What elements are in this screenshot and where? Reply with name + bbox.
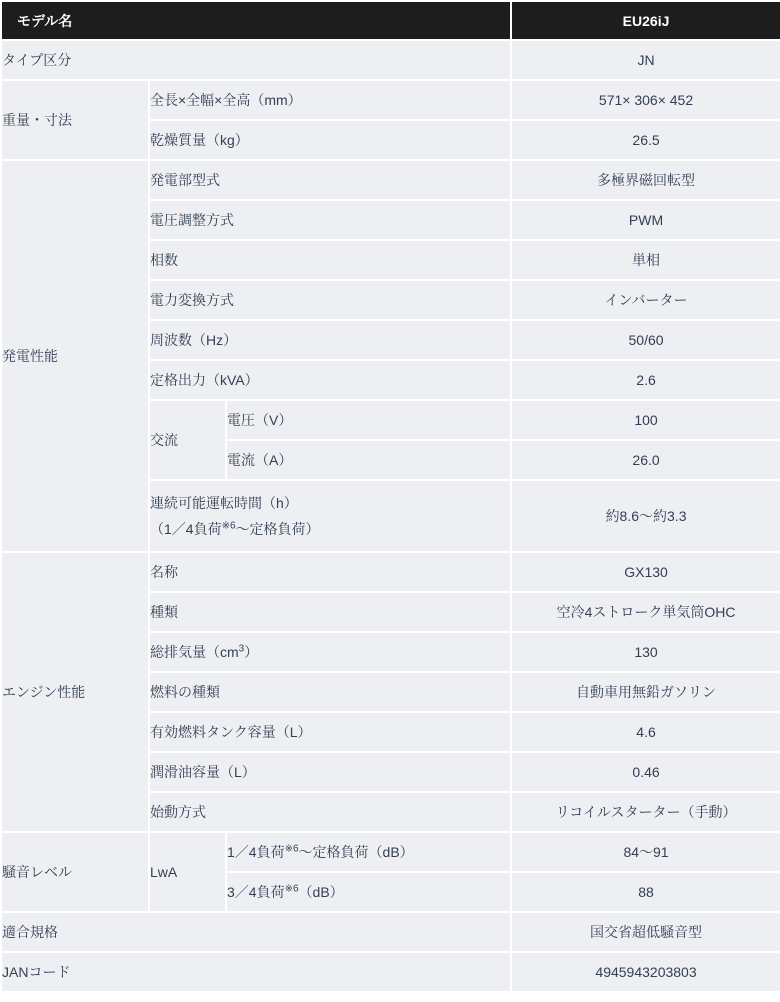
type-class-label: タイプ区分 bbox=[1, 40, 511, 80]
alternator-type-label: 発電部型式 bbox=[149, 160, 511, 200]
row-type-class: タイプ区分 JN bbox=[1, 40, 780, 80]
continuous-runtime-label: 連続可能運転時間（h） （1／4負荷※6～定格負荷） bbox=[149, 480, 511, 552]
model-value-header: EU26iJ bbox=[511, 1, 780, 40]
ac-current-label: 電流（A） bbox=[226, 440, 511, 480]
dimensions-value: 571× 306× 452 bbox=[511, 80, 780, 120]
model-name-header: モデル名 bbox=[1, 1, 511, 40]
noise-quarter-value: 84～91 bbox=[511, 832, 780, 872]
engine-group-cell: エンジン性能 bbox=[1, 552, 149, 832]
row-noise-quarter: 騒音レベル LwA 1／4負荷※6～定格負荷（dB） 84～91 bbox=[1, 832, 780, 872]
rated-output-value: 2.6 bbox=[511, 360, 780, 400]
row-dimensions: 重量・寸法 全長×全幅×全高（mm） 571× 306× 452 bbox=[1, 80, 780, 120]
frequency-value: 50/60 bbox=[511, 320, 780, 360]
alternator-type-value: 多極界磁回転型 bbox=[511, 160, 780, 200]
displacement-label-post: ） bbox=[244, 644, 258, 660]
engine-name-label: 名称 bbox=[149, 552, 511, 592]
ac-voltage-value: 100 bbox=[511, 400, 780, 440]
dry-mass-label: 乾燥質量（kg） bbox=[149, 120, 511, 160]
engine-type-value: 空冷4ストローク単気筒OHC bbox=[511, 592, 780, 632]
noise-three-quarter-pre: 3／4負荷 bbox=[227, 884, 285, 900]
ac-current-value: 26.0 bbox=[511, 440, 780, 480]
starting-label: 始動方式 bbox=[149, 792, 511, 832]
oil-capacity-value: 0.46 bbox=[511, 752, 780, 792]
generation-group-cell: 発電性能 bbox=[1, 160, 149, 552]
noise-three-quarter-post: （dB） bbox=[299, 884, 344, 900]
standards-label: 適合規格 bbox=[1, 912, 511, 952]
ac-group-cell: 交流 bbox=[149, 400, 226, 480]
noise-quarter-pre: 1／4負荷 bbox=[227, 844, 285, 860]
type-class-value: JN bbox=[511, 40, 780, 80]
displacement-label: 総排気量（cm3） bbox=[149, 632, 511, 672]
runtime-line2-pre: （1／4負荷 bbox=[150, 521, 222, 537]
continuous-runtime-label-line1: 連続可能運転時間（h） bbox=[150, 493, 510, 513]
oil-capacity-label: 潤滑油容量（L） bbox=[149, 752, 511, 792]
starting-value: リコイルスターター（手動） bbox=[511, 792, 780, 832]
voltage-regulation-value: PWM bbox=[511, 200, 780, 240]
header-row: モデル名 EU26iJ bbox=[1, 1, 780, 40]
voltage-regulation-label: 電圧調整方式 bbox=[149, 200, 511, 240]
continuous-runtime-label-line2: （1／4負荷※6～定格負荷） bbox=[150, 519, 510, 539]
row-alternator-type: 発電性能 発電部型式 多極界磁回転型 bbox=[1, 160, 780, 200]
rated-output-label: 定格出力（kVA） bbox=[149, 360, 511, 400]
power-conversion-value: インバーター bbox=[511, 280, 780, 320]
continuous-runtime-value: 約8.6～約3.3 bbox=[511, 480, 780, 552]
noise-three-quarter-label: 3／4負荷※6（dB） bbox=[226, 872, 511, 912]
power-conversion-label: 電力変換方式 bbox=[149, 280, 511, 320]
runtime-line2-post: ～定格負荷） bbox=[236, 521, 320, 537]
noise-three-quarter-footnote: ※6 bbox=[285, 883, 299, 894]
phase-value: 単相 bbox=[511, 240, 780, 280]
row-jan-code: JANコード 4945943203803 bbox=[1, 952, 780, 992]
row-engine-name: エンジン性能 名称 GX130 bbox=[1, 552, 780, 592]
engine-name-value: GX130 bbox=[511, 552, 780, 592]
displacement-label-pre: 総排気量（cm bbox=[150, 644, 239, 660]
phase-label: 相数 bbox=[149, 240, 511, 280]
runtime-line2-footnote: ※6 bbox=[222, 520, 236, 531]
noise-quarter-footnote: ※6 bbox=[285, 843, 299, 854]
spec-table: モデル名 EU26iJ タイプ区分 JN 重量・寸法 全長×全幅×全高（mm） … bbox=[0, 0, 780, 993]
standards-value: 国交省超低騒音型 bbox=[511, 912, 780, 952]
noise-lwa-cell: LwA bbox=[149, 832, 226, 912]
displacement-value: 130 bbox=[511, 632, 780, 672]
dry-mass-value: 26.5 bbox=[511, 120, 780, 160]
frequency-label: 周波数（Hz） bbox=[149, 320, 511, 360]
ac-voltage-label: 電圧（V） bbox=[226, 400, 511, 440]
weight-dims-group-cell: 重量・寸法 bbox=[1, 80, 149, 160]
noise-quarter-label: 1／4負荷※6～定格負荷（dB） bbox=[226, 832, 511, 872]
noise-three-quarter-value: 88 bbox=[511, 872, 780, 912]
engine-type-label: 種類 bbox=[149, 592, 511, 632]
fuel-tank-value: 4.6 bbox=[511, 712, 780, 752]
jan-code-label: JANコード bbox=[1, 952, 511, 992]
jan-code-value: 4945943203803 bbox=[511, 952, 780, 992]
fuel-label: 燃料の種類 bbox=[149, 672, 511, 712]
fuel-tank-label: 有効燃料タンク容量（L） bbox=[149, 712, 511, 752]
row-standards: 適合規格 国交省超低騒音型 bbox=[1, 912, 780, 952]
spec-table-container: モデル名 EU26iJ タイプ区分 JN 重量・寸法 全長×全幅×全高（mm） … bbox=[0, 0, 780, 993]
noise-group-cell: 騒音レベル bbox=[1, 832, 149, 912]
dimensions-label: 全長×全幅×全高（mm） bbox=[149, 80, 511, 120]
fuel-value: 自動車用無鉛ガソリン bbox=[511, 672, 780, 712]
noise-quarter-post: ～定格負荷（dB） bbox=[299, 844, 414, 860]
